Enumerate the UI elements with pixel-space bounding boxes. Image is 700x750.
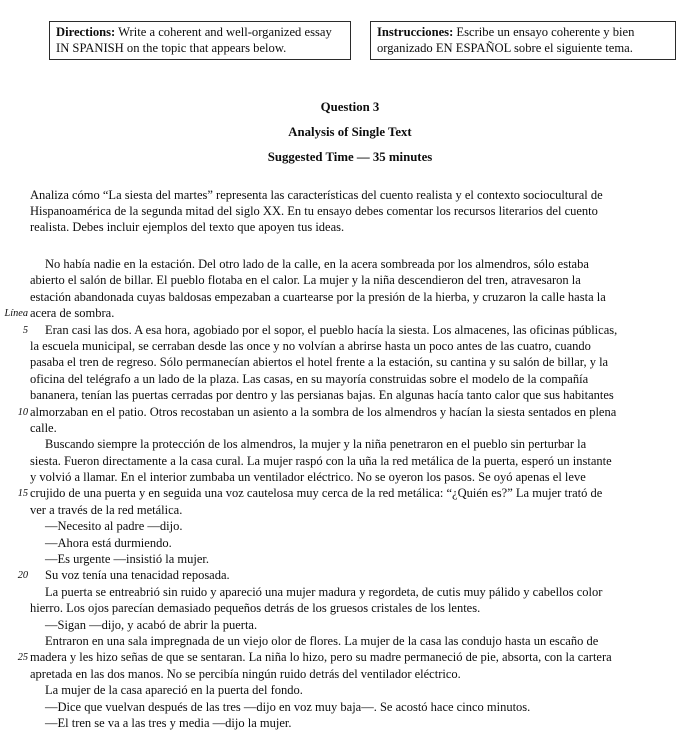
passage-line: ver a través de la red metálica. (0, 502, 700, 518)
line-number: Línea (0, 307, 28, 321)
passage-line: 20 Su voz tenía una tenacidad reposada. (0, 567, 700, 583)
passage-line-text: madera y les hizo señas de que se sentar… (30, 649, 700, 665)
passage-line: —Dice que vuelvan después de las tres —d… (0, 699, 700, 715)
passage-line: La mujer de la casa apareció en la puert… (0, 682, 700, 698)
passage-line: Buscando siempre la protección de los al… (0, 436, 700, 452)
passage-line-text: calle. (30, 420, 700, 436)
passage-line: pasaba el tren de regreso. Sólo permanec… (0, 354, 700, 370)
passage-line-text: La mujer de la casa apareció en la puert… (45, 682, 700, 698)
passage-line-text: —El tren se va a las tres y media —dijo … (45, 715, 700, 731)
passage-line-text: estación abandonada cuyas baldosas empez… (30, 289, 700, 305)
passage-line: y volvió a llamar. En el interior zumbab… (0, 469, 700, 485)
passage-line-text: la escuela municipal, se cerraban desde … (30, 338, 700, 354)
passage-line-text: oficina del telégrafo a un lado de la pl… (30, 371, 700, 387)
passage-line: siesta. Fueron directamente a la casa cu… (0, 453, 700, 469)
passage-line-text: siesta. Fueron directamente a la casa cu… (30, 453, 700, 469)
passage-line: Entraron en una sala impregnada de un vi… (0, 633, 700, 649)
passage-line-text: ver a través de la red metálica. (30, 502, 700, 518)
passage-line: abierto el salón de billar. El pueblo fl… (0, 272, 700, 288)
passage-line-text: —Sigan —dijo, y acabó de abrir la puerta… (45, 617, 700, 633)
passage-line: apretada en las dos manos. No se percibí… (0, 666, 700, 682)
line-number: 20 (0, 569, 28, 583)
passage-line: 5 Eran casi las dos. A esa hora, agobiad… (0, 322, 700, 338)
line-number: 15 (0, 487, 28, 501)
line-number: 10 (0, 406, 28, 420)
line-number: 5 (0, 324, 28, 338)
passage-line: la escuela municipal, se cerraban desde … (0, 338, 700, 354)
passage-line-text: y volvió a llamar. En el interior zumbab… (30, 469, 700, 485)
passage-line-text: apretada en las dos manos. No se percibí… (30, 666, 700, 682)
passage-line: oficina del telégrafo a un lado de la pl… (0, 371, 700, 387)
passage-line-text: abierto el salón de billar. El pueblo fl… (30, 272, 700, 288)
passage-line-text: acera de sombra. (30, 305, 700, 321)
passage-line: —Sigan —dijo, y acabó de abrir la puerta… (0, 617, 700, 633)
passage-line-text: —Ahora está durmiendo. (45, 535, 700, 551)
headings: Question 3 Analysis of Single Text Sugge… (0, 101, 700, 176)
line-number: 25 (0, 651, 28, 665)
passage-line: bananera, tenían las puertas cerradas po… (0, 387, 700, 403)
prompt-line: realista. Debes incluir ejemplos del tex… (30, 220, 695, 236)
passage-line-text: bananera, tenían las puertas cerradas po… (30, 387, 700, 403)
question-number-heading: Question 3 (0, 101, 700, 114)
instructions-label: Instrucciones: (377, 25, 453, 39)
passage-line-text: hierro. Los ojos parecían demasiado pequ… (30, 600, 700, 616)
passage: No había nadie en la estación. Del otro … (0, 256, 700, 731)
passage-line-text: Su voz tenía una tenacidad reposada. (45, 567, 700, 583)
passage-line-text: No había nadie en la estación. Del otro … (45, 256, 700, 272)
passage-line-text: pasaba el tren de regreso. Sólo permanec… (30, 354, 700, 370)
passage-line-text: crujido de una puerta y en seguida una v… (30, 485, 700, 501)
passage-line-text: Eran casi las dos. A esa hora, agobiado … (45, 322, 700, 338)
essay-prompt: Analiza cómo “La siesta del martes” repr… (30, 188, 695, 235)
passage-line: —Es urgente —insistió la mujer. (0, 551, 700, 567)
suggested-time-heading: Suggested Time — 35 minutes (0, 151, 700, 164)
prompt-line: Analiza cómo “La siesta del martes” repr… (30, 188, 695, 204)
directions-label: Directions: (56, 25, 115, 39)
passage-line-text: Buscando siempre la protección de los al… (45, 436, 700, 452)
passage-line: calle. (0, 420, 700, 436)
passage-line: —Ahora está durmiendo. (0, 535, 700, 551)
passage-line: 25 madera y les hizo señas de que se sen… (0, 649, 700, 665)
passage-line: No había nadie en la estación. Del otro … (0, 256, 700, 272)
exam-page: Directions: Write a coherent and well-or… (0, 0, 700, 750)
passage-line: estación abandonada cuyas baldosas empez… (0, 289, 700, 305)
passage-line-text: Entraron en una sala impregnada de un vi… (45, 633, 700, 649)
passage-line-text: La puerta se entreabrió sin ruido y apar… (45, 584, 700, 600)
passage-line-text: —Necesito al padre —dijo. (45, 518, 700, 534)
passage-line-text: —Dice que vuelvan después de las tres —d… (45, 699, 700, 715)
passage-line: 10 almorzaban en el patio. Otros recosta… (0, 404, 700, 420)
passage-line: 15 crujido de una puerta y en seguida un… (0, 485, 700, 501)
passage-line: La puerta se entreabrió sin ruido y apar… (0, 584, 700, 600)
instructions-box: Instrucciones: Escribe un ensayo coheren… (370, 21, 676, 60)
passage-line: —Necesito al padre —dijo. (0, 518, 700, 534)
passage-line: —El tren se va a las tres y media —dijo … (0, 715, 700, 731)
passage-line: hierro. Los ojos parecían demasiado pequ… (0, 600, 700, 616)
passage-line-text: —Es urgente —insistió la mujer. (45, 551, 700, 567)
passage-line: Línea acera de sombra. (0, 305, 700, 321)
question-title-heading: Analysis of Single Text (0, 126, 700, 139)
directions-box: Directions: Write a coherent and well-or… (49, 21, 351, 60)
passage-line-text: almorzaban en el patio. Otros recostaban… (30, 404, 700, 420)
prompt-line: Hispanoamérica de la segunda mitad del s… (30, 204, 695, 220)
